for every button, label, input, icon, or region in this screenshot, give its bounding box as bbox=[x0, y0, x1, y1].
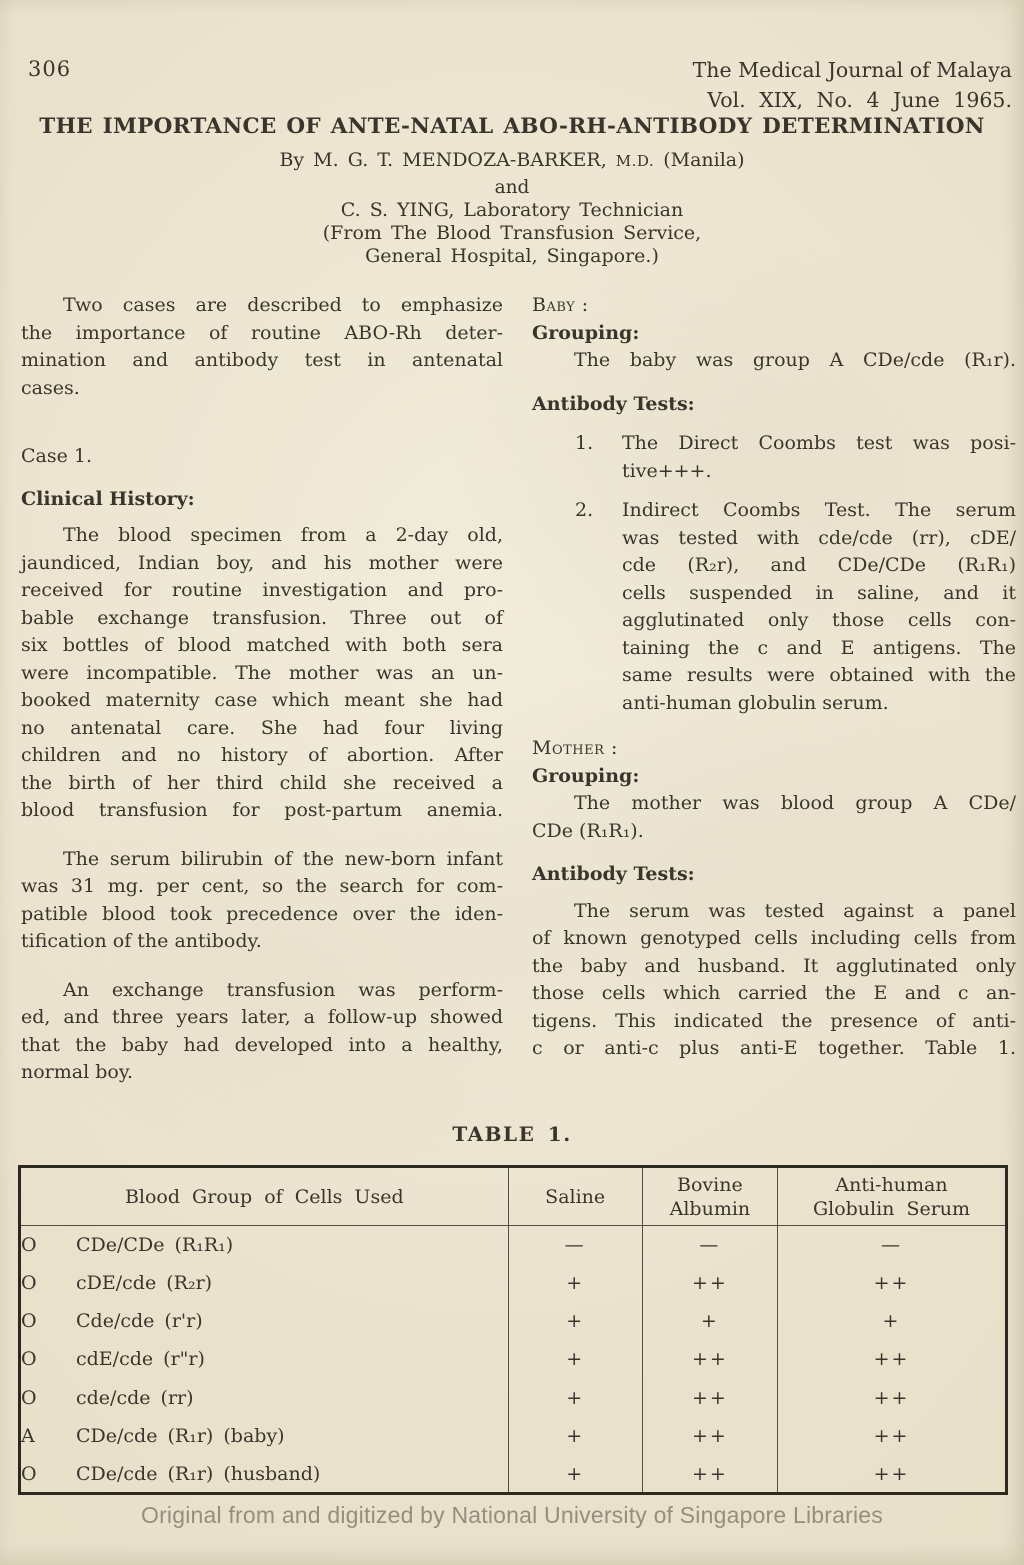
footer-credit: Original from and digitized by National … bbox=[0, 1502, 1024, 1529]
text-line: The baby was group A CDe/cde (R₁r). bbox=[532, 347, 1016, 375]
text-line: cde (R₂r), and CDe/CDe (R₁R₁) bbox=[622, 552, 1016, 580]
result-ahg-cell: + bbox=[778, 1302, 1007, 1340]
byline-pre: By M. G. T. MENDOZA-BARKER, bbox=[279, 149, 615, 171]
group-letter: A bbox=[21, 1425, 76, 1447]
text-line: cases. bbox=[21, 375, 503, 403]
text-line: bable exchange transfusion. Three out of bbox=[21, 605, 503, 633]
result-ahg-cell: ++ bbox=[778, 1379, 1007, 1417]
genotype: Cde/cde (r'r) bbox=[76, 1310, 203, 1332]
text-line: An exchange transfusion was perform- bbox=[21, 977, 503, 1005]
table-row: OCDe/CDe (R₁R₁)——— bbox=[20, 1226, 1007, 1264]
table-header-cell: BovineAlbumin bbox=[642, 1167, 777, 1226]
text-line: was tested with cde/cde (rr), cDE/ bbox=[622, 525, 1016, 553]
text-line: tigens. This indicated the presence of a… bbox=[532, 1008, 1016, 1036]
text-line: jaundiced, Indian boy, and his mother we… bbox=[21, 550, 503, 578]
blood-group-cell: Ocde/cde (rr) bbox=[20, 1379, 509, 1417]
text-line: c or anti-c plus anti-E together. Table … bbox=[532, 1035, 1016, 1063]
text-line: no antenatal care. She had four living bbox=[21, 715, 503, 743]
text-line: cells suspended in saline, and it bbox=[622, 580, 1016, 608]
genotype: cde/cde (rr) bbox=[76, 1387, 194, 1409]
table-row: ACDe/cde (R₁r) (baby)+++++ bbox=[20, 1417, 1007, 1455]
test-text-1: The Direct Coombs test was posi-tive+++. bbox=[622, 430, 1016, 485]
result-albumin-cell: — bbox=[642, 1226, 777, 1264]
byline-degree: M.D. bbox=[616, 152, 654, 170]
byline-author2: C. S. YING, Laboratory Technician bbox=[0, 199, 1024, 221]
genotype: CDe/CDe (R₁R₁) bbox=[76, 1234, 233, 1256]
test-text-2: Indirect Coombs Test. The serumwas teste… bbox=[622, 497, 1016, 717]
result-saline-cell: + bbox=[508, 1417, 642, 1455]
affiliation-line-1: (From The Blood Transfusion Service, bbox=[0, 222, 1024, 244]
group-letter: O bbox=[21, 1234, 76, 1256]
text-line: The serum bilirubin of the new-born infa… bbox=[21, 846, 503, 874]
grouping-heading-mother: Grouping: bbox=[532, 763, 1016, 791]
blood-group-cell: OCde/cde (r'r) bbox=[20, 1302, 509, 1340]
genotype: CDe/cde (R₁r) (husband) bbox=[76, 1463, 320, 1485]
text-line: six bottles of blood matched with both s… bbox=[21, 632, 503, 660]
text-line: normal boy. bbox=[21, 1059, 503, 1087]
text-line: The blood specimen from a 2-day old, bbox=[21, 522, 503, 550]
blood-group-cell: ACDe/cde (R₁r) (baby) bbox=[20, 1417, 509, 1455]
text-line: were incompatible. The mother was an un- bbox=[21, 660, 503, 688]
test-item-1: 1. The Direct Coombs test was posi-tive+… bbox=[532, 430, 1016, 485]
antibody-tests-heading-mother: Antibody Tests: bbox=[532, 861, 1016, 889]
blood-group-cell: OcDE/cde (R₂r) bbox=[20, 1264, 509, 1302]
journal-name: The Medical Journal of Malaya bbox=[693, 55, 1012, 85]
page-number: 306 bbox=[28, 57, 71, 81]
text-line: of known genotyped cells including cells… bbox=[532, 925, 1016, 953]
baby-grouping-paragraph: The baby was group A CDe/cde (R₁r). bbox=[532, 347, 1016, 375]
result-saline-cell: — bbox=[508, 1226, 642, 1264]
article-title: THE IMPORTANCE OF ANTE-NATAL ABO-RH-ANTI… bbox=[0, 114, 1024, 139]
text-line: Indirect Coombs Test. The serum bbox=[622, 497, 1016, 525]
text-line: taining the c and E antigens. The bbox=[622, 635, 1016, 663]
result-albumin-cell: ++ bbox=[642, 1455, 777, 1493]
mother-label: Mother : bbox=[532, 735, 1016, 763]
result-ahg-cell: ++ bbox=[778, 1417, 1007, 1455]
result-albumin-cell: ++ bbox=[642, 1264, 777, 1302]
text-line: that the baby had developed into a healt… bbox=[21, 1032, 503, 1060]
test-item-2: 2. Indirect Coombs Test. The serumwas te… bbox=[532, 497, 1016, 717]
mother-grouping-paragraph: The mother was blood group A CDe/CDe (R₁… bbox=[532, 790, 1016, 845]
text-line: tive+++. bbox=[622, 458, 1016, 486]
result-ahg-cell: ++ bbox=[778, 1340, 1007, 1378]
group-letter: O bbox=[21, 1348, 76, 1370]
result-saline-cell: + bbox=[508, 1340, 642, 1378]
result-ahg-cell: ++ bbox=[778, 1455, 1007, 1493]
table-header-cell: Saline bbox=[508, 1167, 642, 1226]
result-albumin-cell: ++ bbox=[642, 1340, 777, 1378]
text-line: The Direct Coombs test was posi- bbox=[622, 430, 1016, 458]
result-saline-cell: + bbox=[508, 1302, 642, 1340]
group-letter: O bbox=[21, 1310, 76, 1332]
journal-page: 306 The Medical Journal of Malaya Vol. X… bbox=[0, 0, 1024, 1565]
affiliation-line-2: General Hospital, Singapore.) bbox=[0, 245, 1024, 267]
byline-post: (Manila) bbox=[654, 149, 744, 171]
volume-line: Vol. XIX, No. 4 June 1965. bbox=[693, 85, 1012, 115]
group-letter: O bbox=[21, 1272, 76, 1294]
table-row: OcdE/cde (r"r)+++++ bbox=[20, 1340, 1007, 1378]
genotype: cdE/cde (r"r) bbox=[76, 1348, 205, 1370]
blood-group-cell: OcdE/cde (r"r) bbox=[20, 1340, 509, 1378]
case-heading: Case 1. bbox=[21, 443, 503, 471]
text-line: those cells which carried the E and c an… bbox=[532, 980, 1016, 1008]
table-row: OcDE/cde (R₂r)+++++ bbox=[20, 1264, 1007, 1302]
text-line: same results were obtained with the bbox=[622, 662, 1016, 690]
left-column: Two cases are described to emphasizethe … bbox=[21, 292, 503, 1087]
text-line: patible blood took precedence over the i… bbox=[21, 901, 503, 929]
text-line: received for routine investigation and p… bbox=[21, 577, 503, 605]
text-line: was 31 mg. per cent, so the search for c… bbox=[21, 873, 503, 901]
mother-antibody-paragraph: The serum was tested against a panelof k… bbox=[532, 898, 1016, 1063]
table-row: OCDe/cde (R₁r) (husband)+++++ bbox=[20, 1455, 1007, 1493]
baby-label: Baby : bbox=[532, 292, 1016, 320]
text-line: agglutinated only those cells con- bbox=[622, 607, 1016, 635]
intro-paragraph: Two cases are described to emphasizethe … bbox=[21, 292, 503, 402]
byline-author1: By M. G. T. MENDOZA-BARKER, M.D. (Manila… bbox=[0, 149, 1024, 171]
table-row: Ocde/cde (rr)+++++ bbox=[20, 1379, 1007, 1417]
results-table: Blood Group of Cells UsedSalineBovineAlb… bbox=[18, 1165, 1008, 1495]
journal-header: The Medical Journal of Malaya Vol. XIX, … bbox=[693, 55, 1012, 115]
text-line: the baby and husband. It agglutinated on… bbox=[532, 953, 1016, 981]
byline-and: and bbox=[0, 177, 1024, 198]
text-line: Two cases are described to emphasize bbox=[21, 292, 503, 320]
table-header-cell: Anti-humanGlobulin Serum bbox=[778, 1167, 1007, 1226]
blood-group-cell: OCDe/cde (R₁r) (husband) bbox=[20, 1455, 509, 1493]
test-number-1: 1. bbox=[575, 430, 593, 458]
genotype: CDe/cde (R₁r) (baby) bbox=[76, 1425, 285, 1447]
result-albumin-cell: + bbox=[642, 1302, 777, 1340]
bilirubin-paragraph: The serum bilirubin of the new-born infa… bbox=[21, 846, 503, 956]
table-title: TABLE 1. bbox=[0, 1122, 1024, 1146]
table-row: OCde/cde (r'r)+++ bbox=[20, 1302, 1007, 1340]
text-line: The serum was tested against a panel bbox=[532, 898, 1016, 926]
result-ahg-cell: ++ bbox=[778, 1264, 1007, 1302]
antibody-tests-heading-baby: Antibody Tests: bbox=[532, 391, 1016, 419]
text-line: booked maternity case which meant she ha… bbox=[21, 687, 503, 715]
text-line: mination and antibody test in antenatal bbox=[21, 347, 503, 375]
text-line: CDe (R₁R₁). bbox=[532, 818, 1016, 846]
text-line: tification of the antibody. bbox=[21, 928, 503, 956]
clinical-history-paragraph: The blood specimen from a 2-day old,jaun… bbox=[21, 522, 503, 825]
text-line: The mother was blood group A CDe/ bbox=[532, 790, 1016, 818]
grouping-heading-baby: Grouping: bbox=[532, 320, 1016, 348]
antibody-test-list: 1. The Direct Coombs test was posi-tive+… bbox=[532, 430, 1016, 717]
text-line: ed, and three years later, a follow-up s… bbox=[21, 1004, 503, 1032]
group-letter: O bbox=[21, 1387, 76, 1409]
text-line: the birth of her third child she receive… bbox=[21, 770, 503, 798]
clinical-history-heading: Clinical History: bbox=[21, 486, 503, 514]
test-number-2: 2. bbox=[575, 497, 593, 525]
exchange-transfusion-paragraph: An exchange transfusion was perform-ed, … bbox=[21, 977, 503, 1087]
result-albumin-cell: ++ bbox=[642, 1417, 777, 1455]
blood-group-cell: OCDe/CDe (R₁R₁) bbox=[20, 1226, 509, 1264]
text-line: anti-human globulin serum. bbox=[622, 690, 1016, 718]
text-line: children and no history of abortion. Aft… bbox=[21, 742, 503, 770]
text-line: blood transfusion for post-partum anemia… bbox=[21, 797, 503, 825]
result-albumin-cell: ++ bbox=[642, 1379, 777, 1417]
right-column: Baby : Grouping: The baby was group A CD… bbox=[532, 292, 1016, 1063]
genotype: cDE/cde (R₂r) bbox=[76, 1272, 212, 1294]
result-saline-cell: + bbox=[508, 1379, 642, 1417]
text-line: the importance of routine ABO-Rh deter- bbox=[21, 320, 503, 348]
group-letter: O bbox=[21, 1463, 76, 1485]
table-header-cell: Blood Group of Cells Used bbox=[20, 1167, 509, 1226]
result-saline-cell: + bbox=[508, 1455, 642, 1493]
result-saline-cell: + bbox=[508, 1264, 642, 1302]
result-ahg-cell: — bbox=[778, 1226, 1007, 1264]
results-table-header: Blood Group of Cells UsedSalineBovineAlb… bbox=[20, 1167, 1007, 1226]
